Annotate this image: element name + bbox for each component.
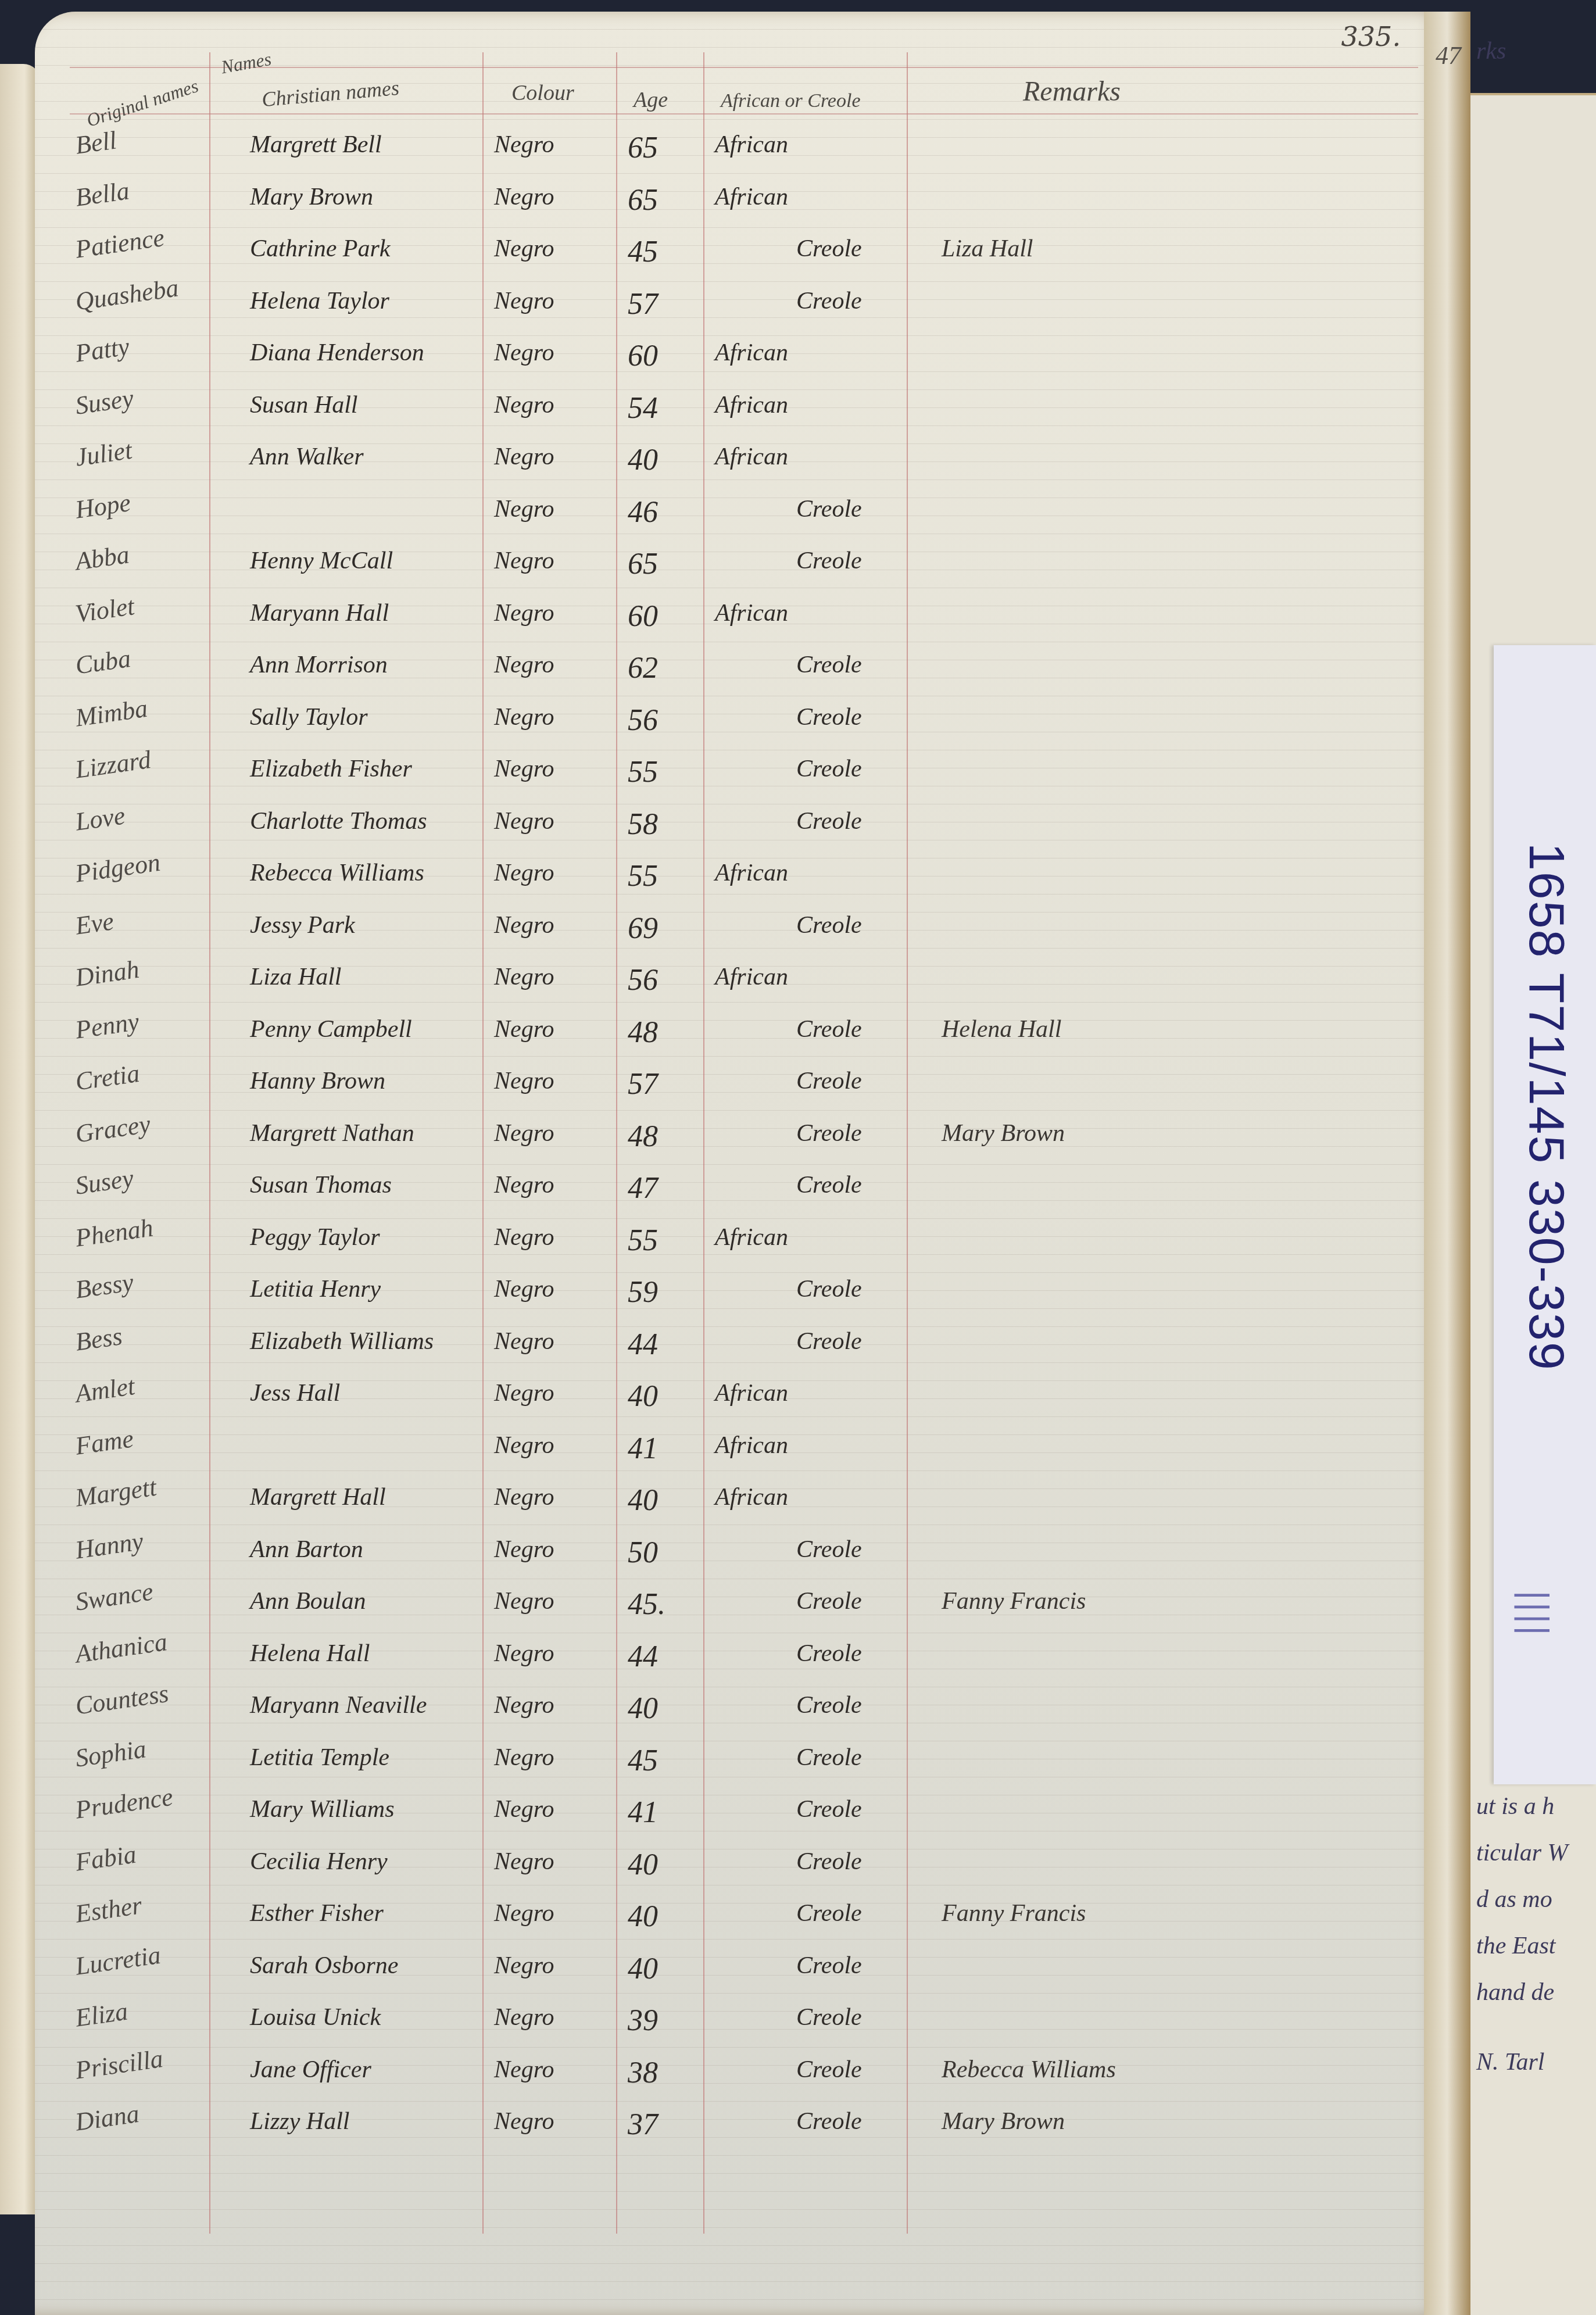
african-or-creole: Creole — [796, 1848, 862, 1876]
christian-name: Margrett Bell — [250, 131, 382, 159]
age: 41 — [628, 1795, 658, 1830]
african-or-creole: Creole — [796, 2003, 862, 2031]
colour: Negro — [494, 2056, 554, 2084]
african-or-creole: Creole — [796, 1795, 862, 1823]
african-or-creole: African — [715, 859, 788, 887]
christian-name: Cathrine Park — [250, 235, 390, 263]
archive-reference-text: 1658 T71/145 330-339 — [1518, 843, 1575, 1371]
age: 59 — [628, 1275, 658, 1309]
colour: Negro — [494, 1379, 554, 1407]
age: 54 — [628, 391, 658, 425]
colour: Negro — [494, 599, 554, 627]
age: 55 — [628, 859, 658, 893]
remark: Rebecca Williams — [942, 2056, 1116, 2084]
christian-name: Elizabeth Williams — [250, 1328, 434, 1355]
colour: Negro — [494, 1848, 554, 1876]
adjacent-folio-number: 47 — [1436, 41, 1461, 70]
original-name: Love — [73, 800, 127, 836]
christian-name: Diana Henderson — [250, 339, 424, 367]
colour: Negro — [494, 339, 554, 367]
african-or-creole: Creole — [796, 2108, 862, 2135]
christian-name: Liza Hall — [250, 963, 342, 991]
colour: Negro — [494, 1015, 554, 1043]
colour: Negro — [494, 1432, 554, 1459]
next-page-text: the East — [1476, 1932, 1555, 1960]
register-row: HopeNegro46Creole — [35, 495, 1441, 548]
register-row: EstherEsther FisherNegro40CreoleFanny Fr… — [35, 1899, 1441, 1952]
age: 45 — [628, 1744, 658, 1778]
register-row: JulietAnn WalkerNegro40African — [35, 443, 1441, 495]
african-or-creole: Creole — [796, 1275, 862, 1303]
christian-name: Margrett Hall — [250, 1483, 386, 1511]
age: 40 — [628, 1379, 658, 1414]
christian-name: Cecilia Henry — [250, 1848, 388, 1876]
age: 40 — [628, 1483, 658, 1518]
register-row: FameNegro41African — [35, 1432, 1441, 1484]
register-row: GraceyMargrett NathanNegro48CreoleMary B… — [35, 1119, 1441, 1172]
african-or-creole: Creole — [796, 287, 862, 315]
register-row: PidgeonRebecca WilliamsNegro55African — [35, 859, 1441, 911]
register-row: ElizaLouisa UnickNegro39Creole — [35, 2003, 1441, 2056]
christian-name: Mary Brown — [250, 183, 373, 211]
colour: Negro — [494, 1952, 554, 1980]
remark: Liza Hall — [942, 235, 1033, 263]
african-or-creole: Creole — [796, 1899, 862, 1927]
next-page-text: d as mo — [1476, 1885, 1552, 1913]
register-row: BellaMary BrownNegro65African — [35, 183, 1441, 235]
christian-name: Mary Williams — [250, 1795, 395, 1823]
christian-name: Sarah Osborne — [250, 1952, 399, 1980]
age: 45. — [628, 1587, 665, 1622]
colour: Negro — [494, 807, 554, 835]
christian-name: Sally Taylor — [250, 703, 368, 731]
colour: Negro — [494, 1536, 554, 1563]
register-row: CountessMaryann NeavilleNegro40Creole — [35, 1691, 1441, 1744]
age: 40 — [628, 443, 658, 477]
colour: Negro — [494, 235, 554, 263]
register-row: PennyPenny CampbellNegro48CreoleHelena H… — [35, 1015, 1441, 1068]
african-or-creole: Creole — [796, 1067, 862, 1095]
christian-name: Maryann Hall — [250, 599, 389, 627]
christian-name: Helena Taylor — [250, 287, 389, 315]
colour: Negro — [494, 1640, 554, 1668]
age: 60 — [628, 599, 658, 634]
african-or-creole: Creole — [796, 807, 862, 835]
african-or-creole: Creole — [796, 547, 862, 575]
christian-name: Jessy Park — [250, 911, 355, 939]
register-row: DinahLiza HallNegro56African — [35, 963, 1441, 1015]
african-or-creole: African — [715, 339, 788, 367]
colour: Negro — [494, 391, 554, 419]
christian-name: Hanny Brown — [250, 1067, 385, 1095]
next-page-text: ticular W — [1476, 1839, 1568, 1867]
age: 55 — [628, 1223, 658, 1258]
register-row: LizzardElizabeth FisherNegro55Creole — [35, 755, 1441, 807]
age: 56 — [628, 963, 658, 997]
register-row: CretiaHanny BrownNegro57Creole — [35, 1067, 1441, 1119]
african-or-creole: African — [715, 599, 788, 627]
african-or-creole: Creole — [796, 1328, 862, 1355]
african-or-creole: Creole — [796, 755, 862, 783]
african-or-creole: Creole — [796, 911, 862, 939]
christian-name: Letitia Henry — [250, 1275, 381, 1303]
colour: Negro — [494, 1691, 554, 1719]
colour: Negro — [494, 1223, 554, 1251]
christian-name: Charlotte Thomas — [250, 807, 427, 835]
age: 40 — [628, 1848, 658, 1882]
register-row: DianaLizzy HallNegro37CreoleMary Brown — [35, 2108, 1441, 2160]
christian-name: Penny Campbell — [250, 1015, 412, 1043]
register-row: AbbaHenny McCallNegro65Creole — [35, 547, 1441, 599]
remark: Mary Brown — [942, 1119, 1065, 1147]
register-row: FabiaCecilia HenryNegro40Creole — [35, 1848, 1441, 1900]
age: 47 — [628, 1171, 658, 1205]
african-or-creole: African — [715, 963, 788, 991]
african-or-creole: Creole — [796, 1536, 862, 1563]
next-page-text: hand de — [1476, 1978, 1554, 2006]
colour: Negro — [494, 1795, 554, 1823]
colour: Negro — [494, 2108, 554, 2135]
age: 40 — [628, 1952, 658, 1986]
african-or-creole: African — [715, 391, 788, 419]
colour: Negro — [494, 1744, 554, 1772]
african-or-creole: African — [715, 1483, 788, 1511]
christian-name: Susan Hall — [250, 391, 358, 419]
african-or-creole: African — [715, 183, 788, 211]
age: 44 — [628, 1328, 658, 1362]
age: 45 — [628, 235, 658, 269]
remark: Helena Hall — [942, 1015, 1061, 1043]
colour: Negro — [494, 1119, 554, 1147]
christian-name: Ann Morrison — [250, 651, 388, 679]
page-stack-edge — [1424, 12, 1470, 2315]
african-or-creole: African — [715, 1432, 788, 1459]
register-row: BessElizabeth WilliamsNegro44Creole — [35, 1328, 1441, 1380]
christian-name: Ann Barton — [250, 1536, 363, 1563]
original-name: Bell — [73, 125, 118, 160]
original-name: Bess — [73, 1321, 124, 1357]
christian-name: Elizabeth Fisher — [250, 755, 412, 783]
register-row: SwanceAnn BoulanNegro45.CreoleFanny Fran… — [35, 1587, 1441, 1640]
header-age: Age — [634, 87, 668, 113]
header-colour: Colour — [511, 80, 574, 106]
original-name: Eve — [73, 906, 115, 941]
age: 37 — [628, 2108, 658, 2142]
remark: Fanny Francis — [942, 1587, 1086, 1615]
page-number: 335. — [1341, 21, 1401, 52]
register-row: AthanicaHelena HallNegro44Creole — [35, 1640, 1441, 1692]
register-row: VioletMaryann HallNegro60African — [35, 599, 1441, 652]
colour: Negro — [494, 287, 554, 315]
colour: Negro — [494, 131, 554, 159]
header-african-or-creole: African or Creole — [721, 90, 861, 112]
african-or-creole: Creole — [796, 1691, 862, 1719]
age: 69 — [628, 911, 658, 946]
register-row: BellMargrett BellNegro65African — [35, 131, 1441, 183]
colour: Negro — [494, 859, 554, 887]
age: 41 — [628, 1432, 658, 1466]
colour: Negro — [494, 911, 554, 939]
colour: Negro — [494, 703, 554, 731]
age: 57 — [628, 287, 658, 321]
register-row: AmletJess HallNegro40African — [35, 1379, 1441, 1432]
colour: Negro — [494, 1275, 554, 1303]
age: 48 — [628, 1015, 658, 1050]
age: 39 — [628, 2003, 658, 2038]
age: 44 — [628, 1640, 658, 1674]
register-row: PatienceCathrine ParkNegro45CreoleLiza H… — [35, 235, 1441, 287]
colour: Negro — [494, 1899, 554, 1927]
african-or-creole: Creole — [796, 495, 862, 523]
african-or-creole: African — [715, 131, 788, 159]
register-row: SuseySusan ThomasNegro47Creole — [35, 1171, 1441, 1223]
christian-name: Peggy Taylor — [250, 1223, 380, 1251]
african-or-creole: Creole — [796, 1119, 862, 1147]
age: 48 — [628, 1119, 658, 1154]
african-or-creole: Creole — [796, 651, 862, 679]
header-rule — [70, 113, 1418, 115]
african-or-creole: Creole — [796, 1640, 862, 1668]
christian-name: Susan Thomas — [250, 1171, 392, 1199]
next-page-text: N. Tarl — [1476, 2048, 1545, 2076]
colour: Negro — [494, 495, 554, 523]
colour: Negro — [494, 1171, 554, 1199]
age: 40 — [628, 1899, 658, 1934]
header-remarks: Remarks — [1023, 76, 1121, 108]
christian-name: Rebecca Williams — [250, 859, 424, 887]
register-row: PattyDiana HendersonNegro60African — [35, 339, 1441, 391]
age: 65 — [628, 547, 658, 581]
register-row: EveJessy ParkNegro69Creole — [35, 911, 1441, 964]
register-row: PriscillaJane OfficerNegro38CreoleRebecc… — [35, 2056, 1441, 2108]
african-or-creole: African — [715, 1379, 788, 1407]
christian-name: Maryann Neaville — [250, 1691, 427, 1719]
colour: Negro — [494, 755, 554, 783]
register-page: 335. Names Original names Christian name… — [35, 12, 1441, 2315]
colour: Negro — [494, 1587, 554, 1615]
age: 56 — [628, 703, 658, 738]
register-row: BessyLetitia HenryNegro59Creole — [35, 1275, 1441, 1328]
christian-name: Helena Hall — [250, 1640, 370, 1668]
remark: Fanny Francis — [942, 1899, 1086, 1927]
colour: Negro — [494, 1067, 554, 1095]
register-row: HannyAnn BartonNegro50Creole — [35, 1536, 1441, 1588]
age: 38 — [628, 2056, 658, 2090]
register-row: QuashebaHelena TaylorNegro57Creole — [35, 287, 1441, 339]
register-row: MargettMargrett HallNegro40African — [35, 1483, 1441, 1536]
remark: Mary Brown — [942, 2108, 1065, 2135]
christian-name: Jess Hall — [250, 1379, 340, 1407]
colour: Negro — [494, 1328, 554, 1355]
register-row: MimbaSally TaylorNegro56Creole — [35, 703, 1441, 756]
african-or-creole: Creole — [796, 1587, 862, 1615]
christian-name: Esther Fisher — [250, 1899, 384, 1927]
colour: Negro — [494, 443, 554, 471]
african-or-creole: Creole — [796, 703, 862, 731]
register-row: CubaAnn MorrisonNegro62Creole — [35, 651, 1441, 703]
next-page-text: ut is a h — [1476, 1792, 1554, 1820]
african-or-creole: African — [715, 1223, 788, 1251]
christian-name: Lizzy Hall — [250, 2108, 350, 2135]
colour: Negro — [494, 1483, 554, 1511]
african-or-creole: Creole — [796, 1171, 862, 1199]
age: 40 — [628, 1691, 658, 1726]
african-or-creole: African — [715, 443, 788, 471]
age: 50 — [628, 1536, 658, 1570]
tally-mark: |||| — [1514, 1590, 1555, 1637]
age: 46 — [628, 495, 658, 529]
christian-name: Henny McCall — [250, 547, 393, 575]
colour: Negro — [494, 183, 554, 211]
african-or-creole: Creole — [796, 1015, 862, 1043]
register-row: LucretiaSarah OsborneNegro40Creole — [35, 1952, 1441, 2004]
next-page-text: rks — [1476, 37, 1506, 65]
colour: Negro — [494, 651, 554, 679]
christian-name: Ann Boulan — [250, 1587, 366, 1615]
christian-name: Louisa Unick — [250, 2003, 381, 2031]
original-name: Eliza — [73, 1996, 130, 2033]
age: 55 — [628, 755, 658, 789]
christian-name: Margrett Nathan — [250, 1119, 414, 1147]
register-row: PhenahPeggy TaylorNegro55African — [35, 1223, 1441, 1276]
african-or-creole: Creole — [796, 1744, 862, 1772]
african-or-creole: Creole — [796, 235, 862, 263]
age: 60 — [628, 339, 658, 373]
christian-name: Ann Walker — [250, 443, 364, 471]
colour: Negro — [494, 963, 554, 991]
colour: Negro — [494, 547, 554, 575]
age: 62 — [628, 651, 658, 685]
age: 57 — [628, 1067, 658, 1101]
age: 65 — [628, 183, 658, 217]
christian-name: Letitia Temple — [250, 1744, 389, 1772]
christian-name: Jane Officer — [250, 2056, 371, 2084]
age: 58 — [628, 807, 658, 842]
age: 65 — [628, 131, 658, 165]
african-or-creole: Creole — [796, 2056, 862, 2084]
register-row: LoveCharlotte ThomasNegro58Creole — [35, 807, 1441, 860]
colour: Negro — [494, 2003, 554, 2031]
register-row: PrudenceMary WilliamsNegro41Creole — [35, 1795, 1441, 1848]
african-or-creole: Creole — [796, 1952, 862, 1980]
register-row: SophiaLetitia TempleNegro45Creole — [35, 1744, 1441, 1796]
register-row: SuseySusan HallNegro54African — [35, 391, 1441, 443]
